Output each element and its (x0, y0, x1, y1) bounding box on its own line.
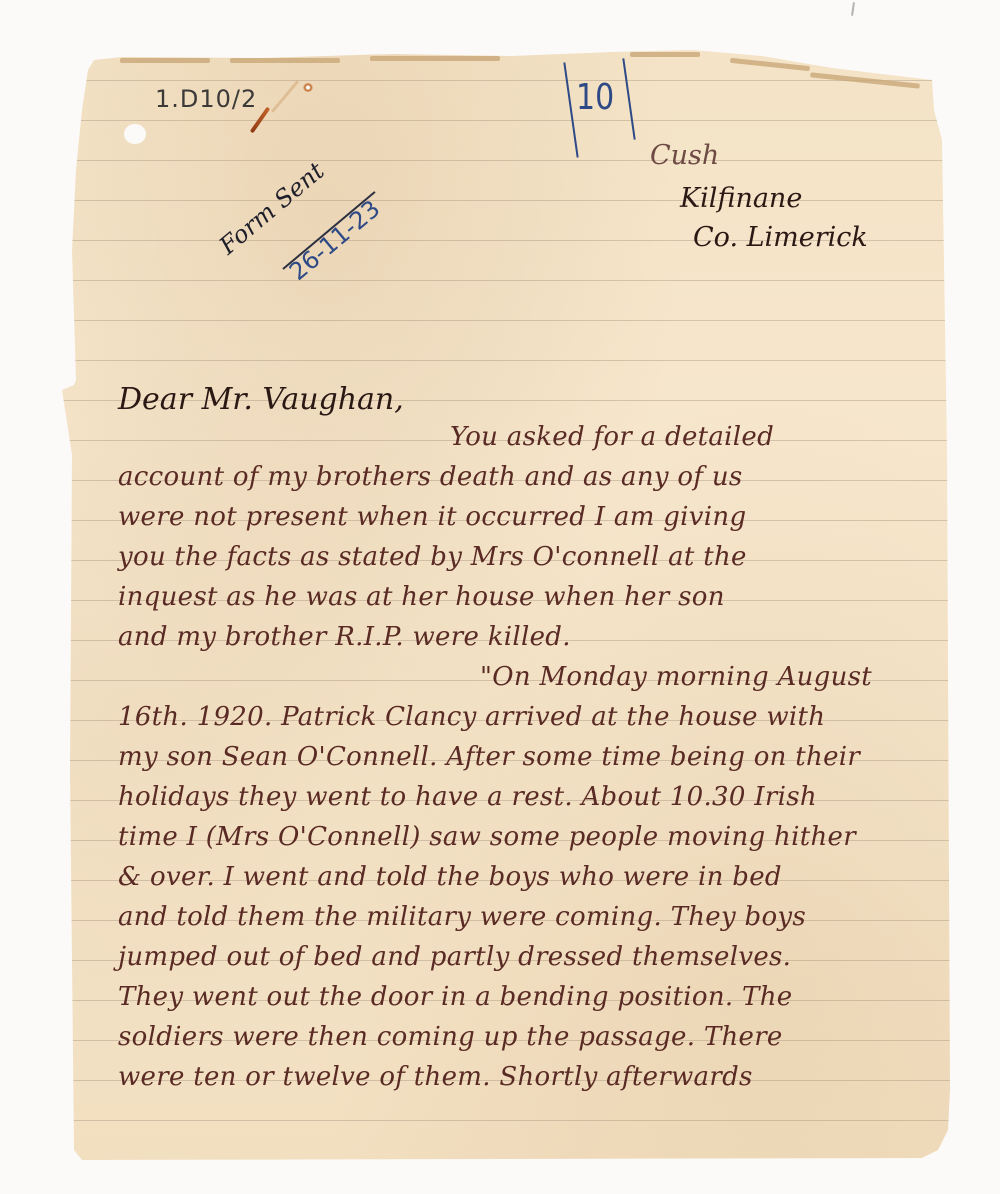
body-line: were not present when it occurred I am g… (118, 502, 746, 532)
salutation: Dear Mr. Vaughan, (118, 382, 404, 417)
body-line: soldiers were then coming up the passage… (118, 1022, 783, 1052)
address-line-2: Kilfinane (680, 183, 802, 214)
body-line: holidays they went to have a rest. About… (118, 782, 817, 812)
folio-number: 10 (576, 77, 614, 119)
body-line: and my brother R.I.P. were killed. (118, 622, 571, 652)
body-line: my son Sean O'Connell. After some time b… (118, 742, 860, 772)
body-line: were ten or twelve of them. Shortly afte… (118, 1062, 753, 1092)
punch-hole (124, 124, 146, 144)
body-line: inquest as he was at her house when her … (118, 582, 725, 612)
body-line: "On Monday morning August (480, 662, 872, 692)
rust-hole (303, 83, 313, 92)
body-line: and told them the military were coming. … (118, 902, 806, 932)
scan-artifact-mark (851, 2, 855, 16)
body-line: account of my brothers death and as any … (118, 462, 743, 492)
address-line-1: Cush (650, 140, 719, 171)
body-line: 16th. 1920. Patrick Clancy arrived at th… (118, 702, 825, 732)
body-line: jumped out of bed and partly dressed the… (118, 942, 791, 972)
body-line: They went out the door in a bending posi… (118, 982, 792, 1012)
body-line: You asked for a detailed (450, 422, 774, 452)
body-line: & over. I went and told the boys who wer… (118, 862, 782, 892)
address-line-3: Co. Limerick (693, 222, 868, 253)
reference-code: 1.D10/2 (155, 85, 257, 113)
body-line: you the facts as stated by Mrs O'connell… (118, 542, 747, 572)
body-line: time I (Mrs O'Connell) saw some people m… (118, 822, 856, 852)
